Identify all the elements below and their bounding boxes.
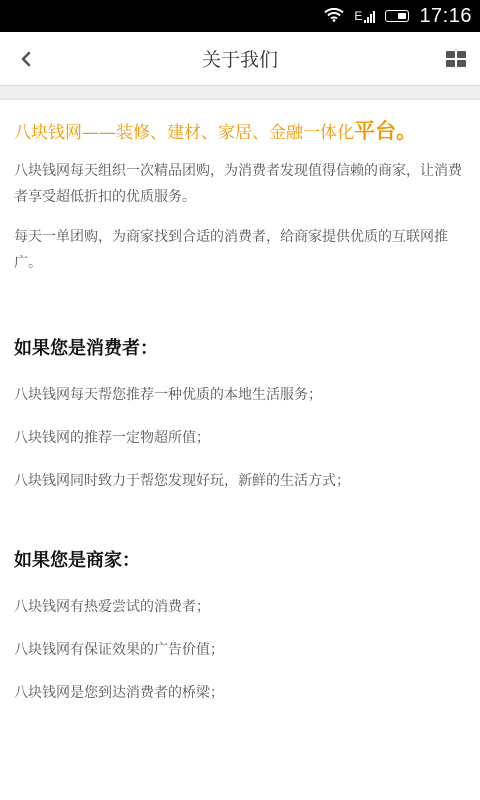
list-item: 八块钱网同时致力于帮您发现好玩，新鲜的生活方式；	[14, 470, 466, 492]
list-item: 八块钱网有热爱尝试的消费者；	[14, 596, 466, 618]
headline-emphasis: 平台。	[354, 119, 417, 143]
page-title: 关于我们	[202, 45, 278, 72]
back-button[interactable]	[16, 46, 36, 72]
section-title-consumer: 如果您是消费者：	[14, 334, 466, 364]
headline: 八块钱网——装修、建材、家居、金融一体化平台。	[14, 116, 466, 148]
list-item: 八块钱网是您到达消费者的桥梁；	[14, 682, 466, 704]
headline-text: 八块钱网——装修、建材、家居、金融一体化	[14, 123, 354, 143]
clock: 17:16	[419, 5, 472, 28]
about-content: 八块钱网——装修、建材、家居、金融一体化平台。 八块钱网每天组织一次精品团购，为…	[0, 101, 480, 704]
intro-paragraph: 每天一单团购，为商家找到合适的消费者，给商家提供优质的互联网推广。	[14, 224, 466, 276]
intro-paragraph: 八块钱网每天组织一次精品团购，为消费者发现值得信赖的商家，让消费者享受超低折扣的…	[14, 158, 466, 210]
list-item: 八块钱网有保证效果的广告价值；	[14, 639, 466, 661]
network-type: E	[354, 9, 362, 23]
section-title-merchant: 如果您是商家：	[14, 546, 466, 576]
chevron-left-icon	[20, 51, 32, 67]
title-bar: 关于我们	[0, 32, 480, 86]
separator	[0, 86, 480, 100]
status-bar: E 17:16	[0, 0, 480, 32]
grid-icon[interactable]	[446, 51, 466, 67]
battery-icon	[385, 10, 409, 22]
signal-icon: E	[354, 9, 375, 23]
wifi-icon	[324, 7, 344, 26]
list-item: 八块钱网的推荐一定物超所值；	[14, 427, 466, 449]
list-item: 八块钱网每天帮您推荐一种优质的本地生活服务；	[14, 384, 466, 406]
